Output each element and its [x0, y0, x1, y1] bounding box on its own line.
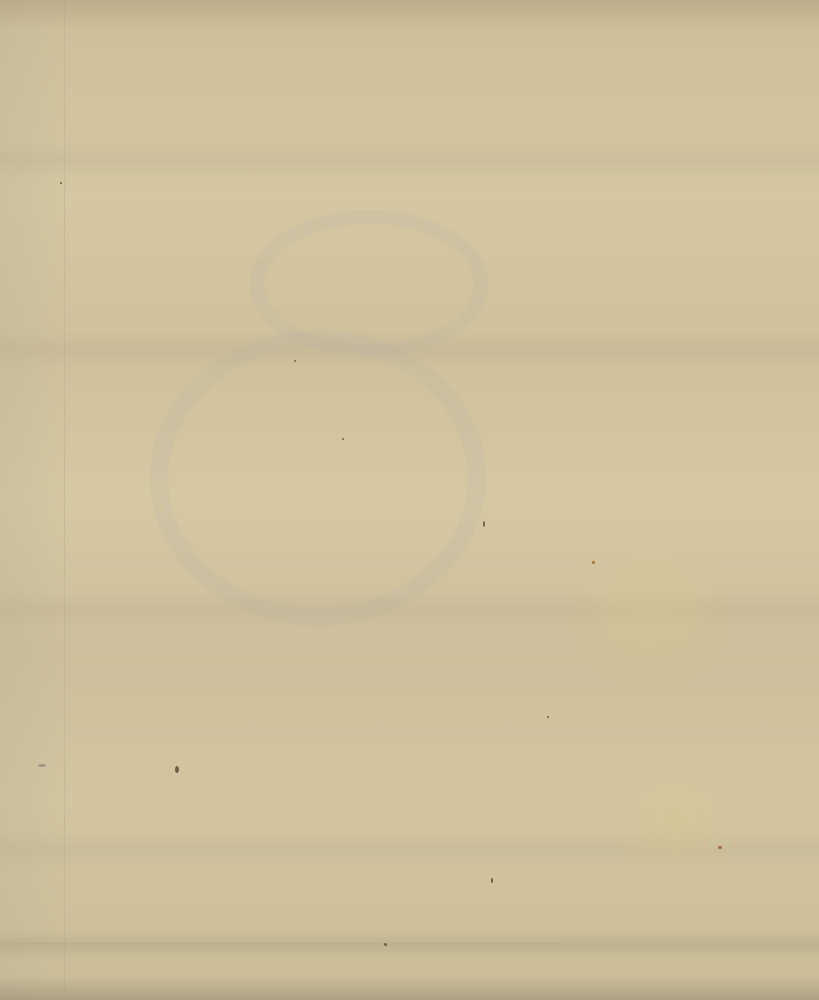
left-margin-fold: [64, 0, 65, 1000]
paper-speck: [384, 943, 387, 946]
paper-speck: [483, 521, 485, 527]
paper-speck: [547, 716, 549, 718]
bleed-through-impression: [250, 210, 488, 358]
paper-speck: [294, 360, 296, 362]
paper-speck: [38, 764, 46, 767]
paper-crease-band: [0, 140, 819, 180]
paper-speck: [491, 878, 493, 883]
blank-paper-page: [0, 0, 819, 1000]
bleed-through-impression: [150, 330, 486, 626]
bottom-fold: [0, 943, 560, 944]
paper-speck: [592, 561, 595, 564]
paper-speck: [175, 766, 179, 773]
paper-speck: [718, 846, 722, 849]
paper-speck: [60, 182, 62, 184]
water-stain: [610, 760, 740, 880]
paper-speck: [342, 438, 344, 440]
water-stain: [570, 520, 730, 700]
